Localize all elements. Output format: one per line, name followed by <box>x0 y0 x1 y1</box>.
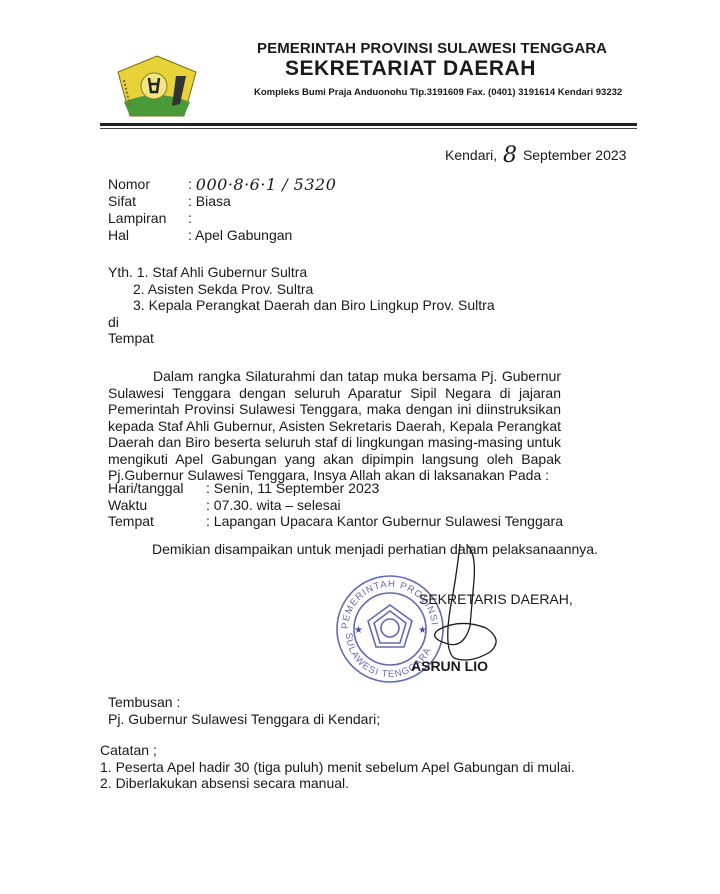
date-day-handwritten: 8 <box>503 143 517 168</box>
tembusan-label: Tembusan : <box>108 694 380 711</box>
letterhead-divider-thin <box>100 128 637 129</box>
meta-hal-value: : Apel Gabungan <box>188 227 292 244</box>
event-schedule: Hari/tanggal : Senin, 11 September 2023 … <box>108 480 563 530</box>
schedule-label: Hari/tanggal <box>108 480 206 497</box>
closing-sentence: Demikian disampaikan untuk menjadi perha… <box>152 541 598 557</box>
meta-sifat-value: : Biasa <box>188 193 231 210</box>
meta-hal-label: Hal <box>108 227 188 244</box>
meta-hal: Hal : Apel Gabungan <box>108 227 336 244</box>
signatory-name: ASRUN LIO <box>411 658 488 674</box>
schedule-row: Waktu : 07.30. wita – selesai <box>108 497 563 514</box>
svg-text:★: ★ <box>418 625 427 636</box>
letterhead-divider <box>100 123 637 126</box>
addressee-item-1: Yth. 1. Staf Ahli Gubernur Sultra <box>108 264 495 281</box>
svg-text:★: ★ <box>354 625 363 636</box>
letterhead-address: Kompleks Bumi Praja Anduonohu Tlp.319160… <box>254 87 622 98</box>
schedule-value: : Senin, 11 September 2023 <box>206 480 379 497</box>
meta-lampiran-label: Lampiran <box>108 210 188 227</box>
catatan-block: Catatan ; 1. Peserta Apel hadir 30 (tiga… <box>100 742 575 792</box>
schedule-value: : 07.30. wita – selesai <box>206 497 341 514</box>
meta-lampiran: Lampiran : <box>108 210 336 227</box>
schedule-value: : Lapangan Upacara Kantor Gubernur Sulaw… <box>206 513 563 530</box>
addressee-item-2: 2. Asisten Sekda Prov. Sultra <box>108 281 495 298</box>
letterhead-government: PEMERINTAH PROVINSI SULAWESI TENGGARA <box>257 40 607 57</box>
meta-sifat-label: Sifat <box>108 193 188 210</box>
schedule-label: Tempat <box>108 513 206 530</box>
schedule-row: Tempat : Lapangan Upacara Kantor Gubernu… <box>108 513 563 530</box>
catatan-item: 1. Peserta Apel hadir 30 (tiga puluh) me… <box>100 759 575 776</box>
letter-meta: Nomor : 000·8·6·1 / 5320 Sifat : Biasa L… <box>108 176 336 244</box>
addressee-item-3: 3. Kepala Perangkat Daerah dan Biro Ling… <box>108 297 495 314</box>
schedule-row: Hari/tanggal : Senin, 11 September 2023 <box>108 480 563 497</box>
addressee-tempat: Tempat <box>108 330 495 347</box>
catatan-label: Catatan ; <box>100 742 575 759</box>
schedule-label: Waktu <box>108 497 206 514</box>
meta-sifat: Sifat : Biasa <box>108 193 336 210</box>
signatory-title: SEKRETARIS DAERAH, <box>419 591 573 607</box>
province-emblem-icon <box>116 54 198 118</box>
addressee-di: di <box>108 314 495 331</box>
date-city: Kendari, <box>445 147 497 163</box>
catatan-item: 2. Diberlakukan absensi secara manual. <box>100 775 575 792</box>
meta-lampiran-value: : <box>188 210 192 227</box>
letter-page: PEMERINTAH PROVINSI SULAWESI TENGGARA SE… <box>0 0 720 894</box>
tembusan-item: Pj. Gubernur Sulawesi Tenggara di Kendar… <box>108 711 380 728</box>
tembusan-block: Tembusan : Pj. Gubernur Sulawesi Tenggar… <box>108 694 380 728</box>
meta-nomor-value: 000·8·6·1 / 5320 <box>196 176 337 193</box>
addressee-block: Yth. 1. Staf Ahli Gubernur Sultra 2. Asi… <box>108 264 495 347</box>
meta-nomor-colon: : <box>188 176 196 193</box>
body-paragraph: Dalam rangka Silaturahmi dan tatap muka … <box>108 368 561 484</box>
letterhead-office: SEKRETARIAT DAERAH <box>285 57 536 81</box>
meta-nomor-label: Nomor <box>108 176 188 193</box>
letter-date: Kendari, 8 September 2023 <box>445 143 626 168</box>
meta-nomor: Nomor : 000·8·6·1 / 5320 <box>108 176 336 193</box>
body-paragraph-text: Dalam rangka Silaturahmi dan tatap muka … <box>108 368 561 484</box>
date-month-year: September 2023 <box>523 147 627 163</box>
